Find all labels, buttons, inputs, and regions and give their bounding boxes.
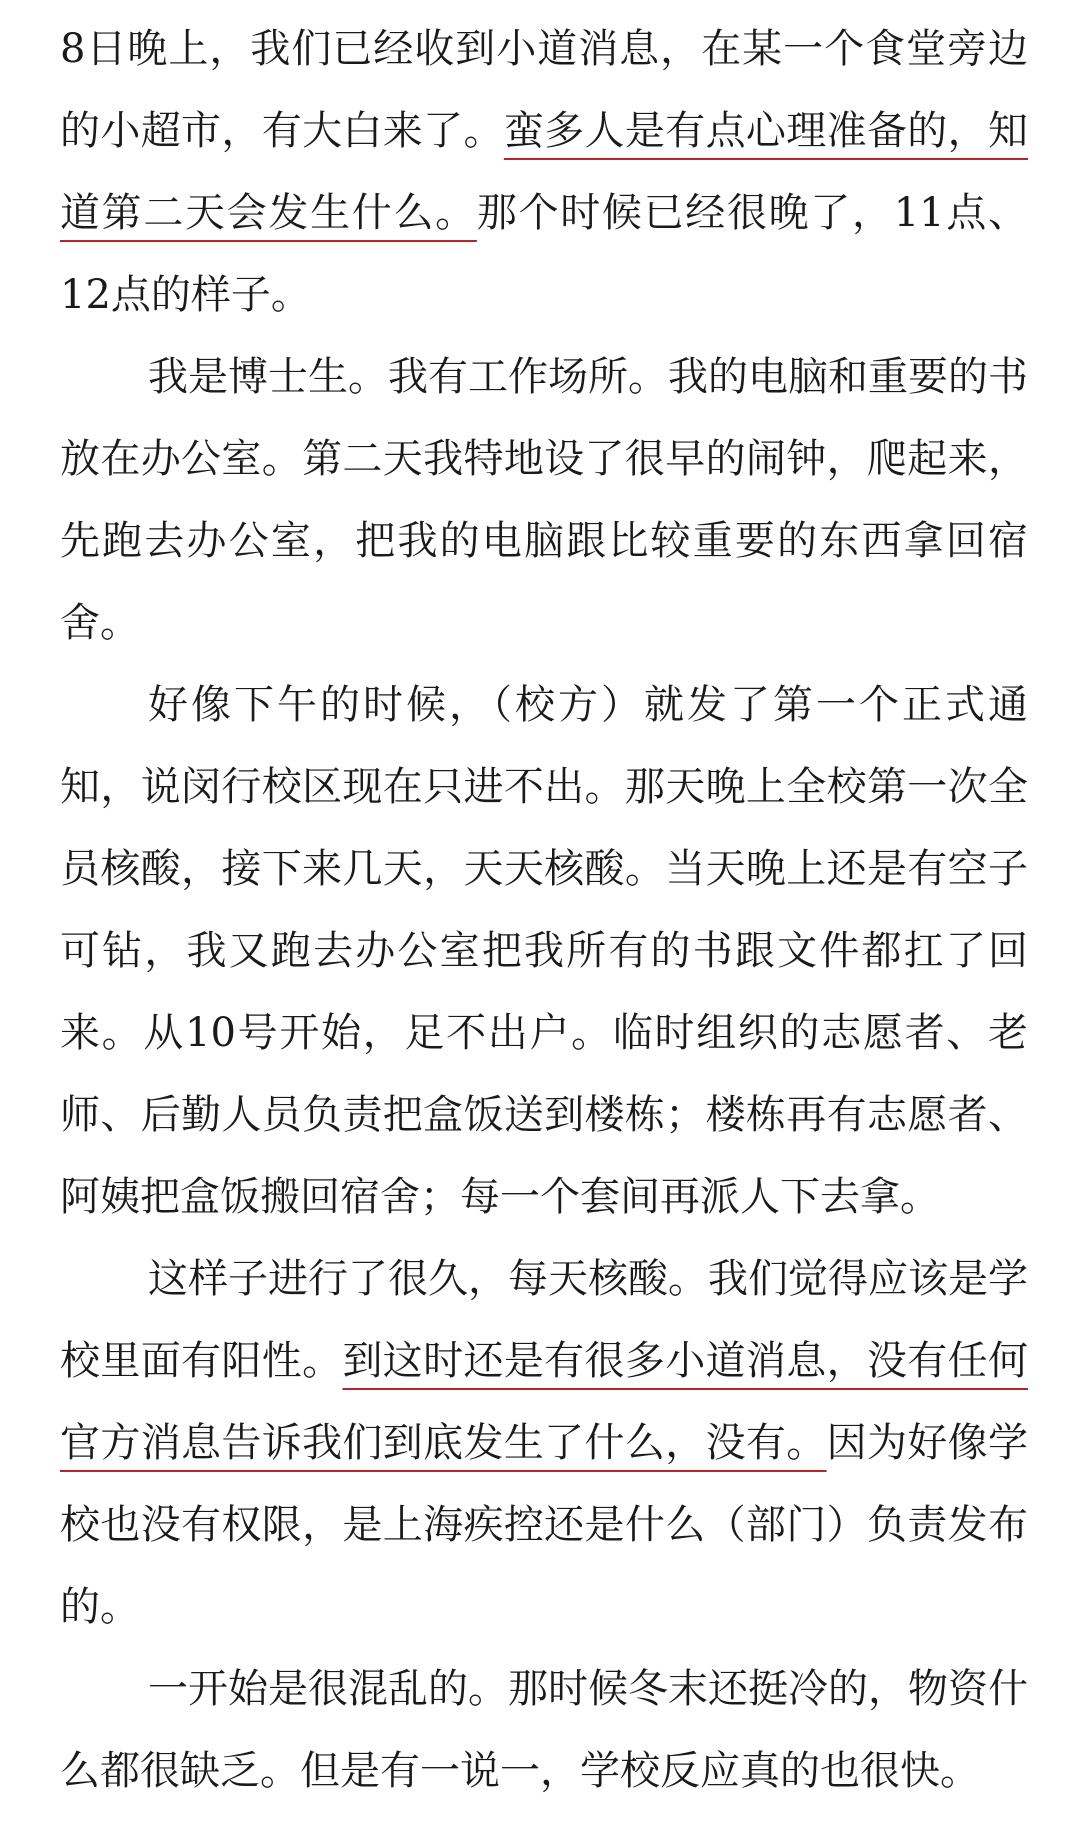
paragraph-5-text: 一开始是很混乱的。那时候冬末还挺冷的，物资什么都很缺乏。但是有一说一，学校反应真… [60,1666,1028,1794]
paragraph-4: 这样子进行了很久，每天核酸。我们觉得应该是学校里面有阳性。到这时还是有很多小道消… [60,1238,1028,1648]
paragraph-2-text: 我是博士生。我有工作场所。我的电脑和重要的书放在办公室。第二天我特地设了很早的闹… [60,354,1028,646]
paragraph-3: 好像下午的时候，（校方）就发了第一个正式通知，说闵行校区现在只进不出。那天晚上全… [60,664,1028,1238]
article-body: 8日晚上，我们已经收到小道消息，在某一个食堂旁边的小超市，有大白来了。蛮多人是有… [60,8,1028,1812]
paragraph-2: 我是博士生。我有工作场所。我的电脑和重要的书放在办公室。第二天我特地设了很早的闹… [60,336,1028,664]
paragraph-3-text: 好像下午的时候，（校方）就发了第一个正式通知，说闵行校区现在只进不出。那天晚上全… [60,682,1028,1220]
paragraph-1: 8日晚上，我们已经收到小道消息，在某一个食堂旁边的小超市，有大白来了。蛮多人是有… [60,8,1028,336]
paragraph-5: 一开始是很混乱的。那时候冬末还挺冷的，物资什么都很缺乏。但是有一说一，学校反应真… [60,1648,1028,1812]
